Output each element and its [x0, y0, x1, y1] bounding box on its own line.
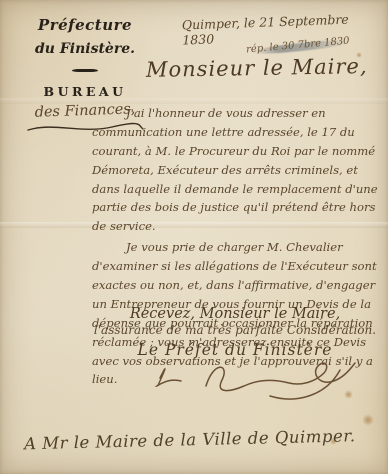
salutation: Monsieur le Maire, [146, 54, 368, 82]
closing-line-2: l'assurance de ma très parfaite Considér… [90, 323, 380, 337]
address-line: A Mr le Maire de la Ville de Quimper. [24, 426, 380, 454]
ornament-rule-icon [72, 69, 98, 72]
prefect-signature [150, 352, 370, 408]
closing-line-1: Recevez, Monsieur le Maire, [90, 306, 380, 322]
letterhead-prefecture: Préfecture [20, 16, 150, 34]
scanned-letter: Préfecture du Finistère. BUREAU des Fina… [0, 0, 388, 474]
foxing-spot [362, 414, 374, 426]
letterhead-bureau: BUREAU [20, 84, 150, 99]
body-paragraph-1: J'ai l'honneur de vous adresser en commu… [92, 104, 380, 236]
letterhead-department: du Finistère. [20, 41, 150, 57]
